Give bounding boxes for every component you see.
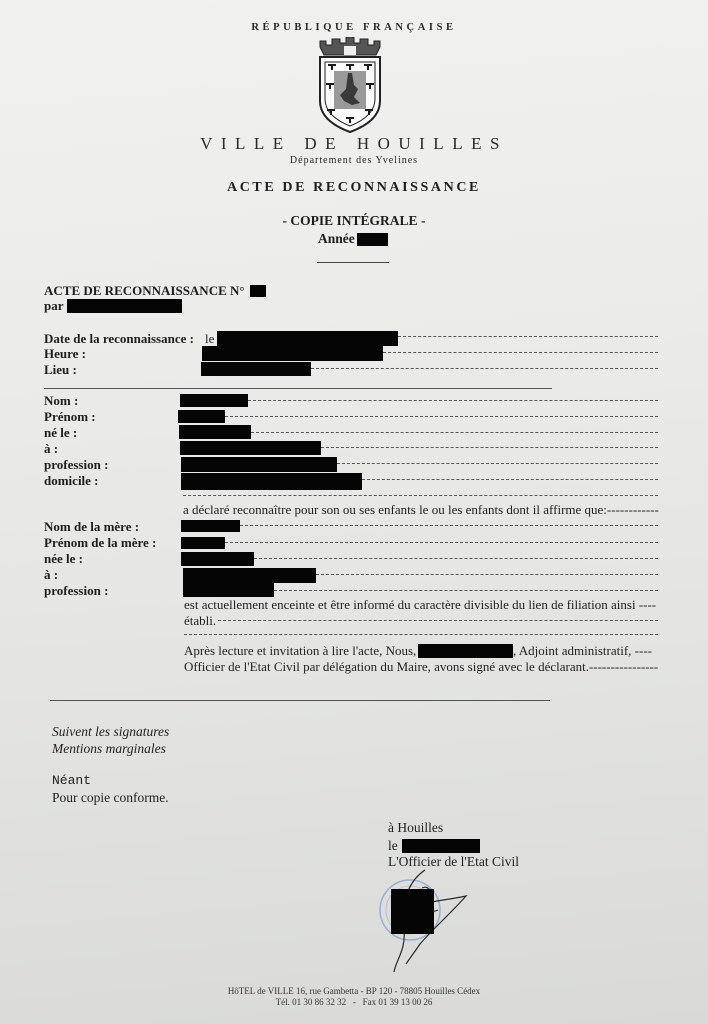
dotted-fill	[183, 495, 658, 496]
mother-name-redacted	[181, 520, 240, 532]
declarant-name-label: Nom :	[44, 393, 78, 409]
mother-firstname-redacted	[181, 537, 225, 549]
recognition-date-prefix: le	[205, 331, 214, 347]
mother-birthplace-label: à :	[44, 567, 58, 583]
dotted-fill	[398, 336, 658, 337]
declarant-birthplace-redacted	[180, 441, 321, 455]
signature-date-redacted	[402, 839, 480, 853]
declarant-birthdate-redacted	[179, 425, 251, 439]
dotted-fill	[251, 432, 658, 433]
declarant-address-redacted	[181, 473, 362, 490]
year-redacted	[357, 233, 388, 246]
recognition-time-label: Heure :	[44, 346, 86, 362]
declarant-profession-label: profession :	[44, 457, 108, 473]
city-crest-icon	[314, 37, 386, 133]
copy-type: - COPIE INTÉGRALE -	[0, 213, 708, 229]
declarant-firstname-redacted	[178, 410, 225, 423]
declarant-name-redacted	[180, 394, 248, 407]
declarant-firstname-label: Prénom :	[44, 409, 96, 425]
city-name: VILLE DE HOUILLES	[0, 134, 708, 154]
recognition-place-label: Lieu :	[44, 362, 77, 378]
mother-name-label: Nom de la mère :	[44, 519, 139, 535]
act-number-label: ACTE DE RECONNAISSANCE N°	[44, 283, 245, 299]
marginal-none: Néant	[52, 773, 91, 788]
mother-birthdate-label: née le :	[44, 551, 83, 567]
mother-profession-redacted	[183, 583, 274, 597]
mother-birthdate-redacted	[181, 552, 254, 566]
mother-birthplace-redacted	[183, 568, 316, 583]
certified-copy: Pour copie conforme.	[52, 790, 169, 806]
recognition-time-redacted	[202, 346, 383, 361]
department-name: Département des Yvelines	[0, 155, 708, 166]
closing-line1-pre: Après lecture et invitation à lire l'act…	[184, 643, 416, 659]
dotted-fill	[248, 400, 658, 401]
dotted-fill	[362, 479, 658, 480]
signature-place: à Houilles	[388, 820, 443, 836]
mother-profession-label: profession :	[44, 583, 108, 599]
title-divider	[317, 262, 389, 263]
officer-name-redacted	[418, 644, 513, 658]
marginal-mentions: Mentions marginales	[52, 741, 166, 757]
republic-header: RÉPUBLIQUE FRANÇAISE	[0, 22, 708, 33]
footer-address: HôTEL de VILLE 16, rue Gambetta - BP 120…	[0, 986, 708, 996]
mother-statement-line1: est actuellement enceinte et être inform…	[184, 597, 656, 613]
declarant-address-label: domicile :	[44, 473, 99, 489]
footer-phone: Tél. 01 30 86 32 32 - Fax 01 39 13 00 26	[0, 997, 708, 1007]
signature-date-prefix: le	[388, 838, 398, 854]
stamp-redacted	[391, 889, 434, 934]
act-by-label: par	[44, 298, 64, 314]
declarant-profession-redacted	[181, 457, 337, 472]
dotted-fill	[218, 620, 658, 621]
act-by-redacted	[67, 299, 182, 313]
recognition-date-redacted	[217, 331, 398, 346]
closing-line2: Officier de l'Etat Civil par délégation …	[184, 659, 658, 675]
dotted-fill	[311, 368, 658, 369]
declarant-birthplace-label: à :	[44, 441, 58, 457]
declarant-birthdate-label: né le :	[44, 425, 77, 441]
declarant-statement: a déclaré reconnaître pour son ou ses en…	[183, 502, 659, 518]
document-title: ACTE DE RECONNAISSANCE	[0, 180, 708, 196]
section-divider	[50, 700, 550, 701]
dotted-fill	[337, 463, 658, 464]
dotted-fill	[254, 558, 658, 559]
year-label: Année	[318, 231, 355, 247]
dotted-fill	[321, 447, 658, 448]
mother-firstname-label: Prénom de la mère :	[44, 535, 156, 551]
dotted-fill	[274, 590, 658, 591]
act-number-redacted	[250, 285, 266, 297]
dotted-fill	[225, 416, 658, 417]
dotted-fill	[184, 634, 658, 635]
dotted-fill	[225, 542, 658, 543]
signatures-note: Suivent les signatures	[52, 724, 169, 740]
dotted-fill	[316, 574, 658, 575]
mother-statement-line2: établi.	[184, 613, 216, 629]
dotted-fill	[383, 352, 658, 353]
recognition-place-redacted	[201, 362, 311, 376]
recognition-date-label: Date de la reconnaissance :	[44, 331, 194, 347]
dotted-fill	[240, 525, 658, 526]
closing-line1-post: , Adjoint administratif, ----	[513, 643, 652, 659]
section-divider	[44, 388, 552, 389]
